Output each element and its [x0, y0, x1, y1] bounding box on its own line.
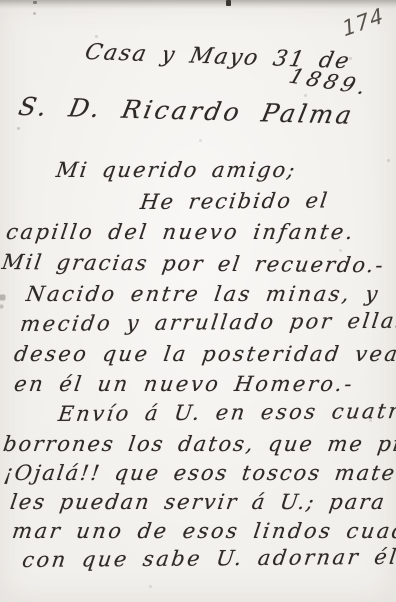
letter-line: con que sabe U. adornar él: [21, 545, 396, 572]
letter-line: ¡Ojalá!! que esos toscos materia-: [3, 461, 396, 485]
scan-edge-mark: [226, 0, 231, 6]
salutation-line: Mi querido amigo;: [55, 158, 298, 182]
paper-specks: [0, 0, 1, 1]
letter-line: Mil gracias por el recuerdo.-: [0, 250, 386, 277]
letter-line: mar uno de esos lindos cuadros: [11, 519, 396, 543]
scan-edge-mark: [33, 1, 37, 4]
letter-line: capillo del nuevo infante.: [5, 220, 357, 244]
letter-line: He recibido el: [139, 188, 331, 214]
dateline-year: 1889.: [286, 64, 373, 100]
letter-line: borrones los datos, que me pide.: [2, 432, 396, 456]
recipient-line: S. D. Ricardo Palma: [16, 92, 357, 130]
letter-line: Envío á U. en esos cuatro: [57, 399, 396, 426]
letter-line: Nacido entre las minas, y: [25, 282, 382, 306]
letter-line: les puedan servir á U.; para for-: [9, 490, 396, 514]
letter-line: en él un nuevo Homero.-: [13, 372, 356, 396]
scan-top-edge-artifact: [0, 0, 396, 9]
letter-line: mecido y arrullado por ellas,: [19, 309, 396, 337]
letter-line: deseo que la posteridad vea: [13, 342, 396, 366]
letter-page-scan: 174 Casa y Mayo 31 de 1889. S. D. Ricard…: [0, 0, 396, 602]
